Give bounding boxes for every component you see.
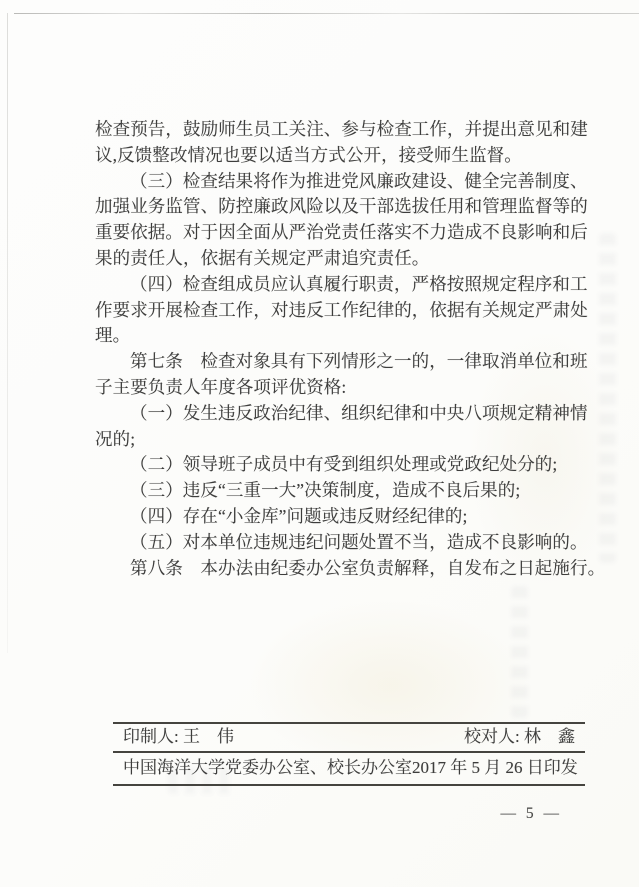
document-text-line: 子主要负责人年度各项评优资格: — [95, 375, 589, 401]
reverse-side-bleed-through — [599, 233, 616, 563]
document-text-line: 第八条 本办法由纪委办公室负责解释，自发布之日起施行。 — [95, 556, 589, 582]
document-text-line: （四）检查组成员应认真履行职责，严格按照规定程序和工 — [95, 272, 589, 298]
document-text-line: （三）违反“三重一大”决策制度，造成不良后果的; — [95, 478, 589, 504]
proofreader-label: 校对人: 林 鑫 — [464, 727, 575, 747]
scanned-page: 检查预告，鼓励师生员工关注、参与检查工作，并提出意见和建议,反馈整改情况也要以适… — [0, 0, 639, 887]
document-text-line: 第七条 检查对象具有下列情形之一的，一律取消单位和班 — [95, 349, 589, 375]
document-text-line: （一）发生违反政治纪律、组织纪律和中央八项规定精神情 — [95, 401, 589, 427]
document-text-line: 检查预告，鼓励师生员工关注、参与检查工作，并提出意见和建 — [95, 117, 589, 143]
page-number: — 5 — — [501, 805, 563, 823]
printer-label: 印制人: 王 伟 — [123, 727, 234, 747]
document-text-line: 作要求开展检查工作，对违反工作纪律的，依据有关规定严肃处 — [95, 298, 589, 324]
document-text-line: （四）存在“小金库”问题或违反财经纪律的; — [95, 504, 589, 530]
colophon-table: 印制人: 王 伟 校对人: 林 鑫 中国海洋大学党委办公室、校长办公室 2017… — [113, 722, 585, 786]
colophon-row-issuing: 中国海洋大学党委办公室、校长办公室 2017 年 5 月 26 日印发 — [113, 753, 585, 784]
colophon-row-printing: 印制人: 王 伟 校对人: 林 鑫 — [113, 724, 585, 751]
document-text-line: 果的责任人，依据有关规定严肃追究责任。 — [95, 246, 589, 272]
document-body: 检查预告，鼓励师生员工关注、参与检查工作，并提出意见和建议,反馈整改情况也要以适… — [95, 117, 589, 581]
document-text-line: （三）检查结果将作为推进党风廉政建设、健全完善制度、 — [95, 169, 589, 195]
document-text-line: （五）对本单位违规违纪问题处置不当，造成不良影响的。 — [95, 530, 589, 556]
scan-edge-line-top — [14, 13, 639, 14]
document-text-line: 重要依据。对于因全面从严治党责任落实不力造成不良影响和后 — [95, 220, 589, 246]
document-text-line: 加强业务监管、防控廉政风险以及干部选拔任用和管理监督等的 — [95, 194, 589, 220]
print-date-label: 2017 年 5 月 26 日印发 — [412, 758, 578, 778]
document-text-line: 理。 — [95, 323, 589, 349]
document-text-line: 议,反馈整改情况也要以适当方式公开，接受师生监督。 — [95, 143, 589, 169]
reverse-side-bleed-through — [511, 586, 528, 718]
colophon-rule-bottom — [113, 784, 585, 786]
issuing-office-label: 中国海洋大学党委办公室、校长办公室 — [123, 758, 412, 778]
document-text-line: （二）领导班子成员中有受到组织处理或党政纪处分的; — [95, 452, 589, 478]
scan-edge-line-left — [7, 13, 8, 653]
document-text-line: 况的; — [95, 427, 589, 453]
